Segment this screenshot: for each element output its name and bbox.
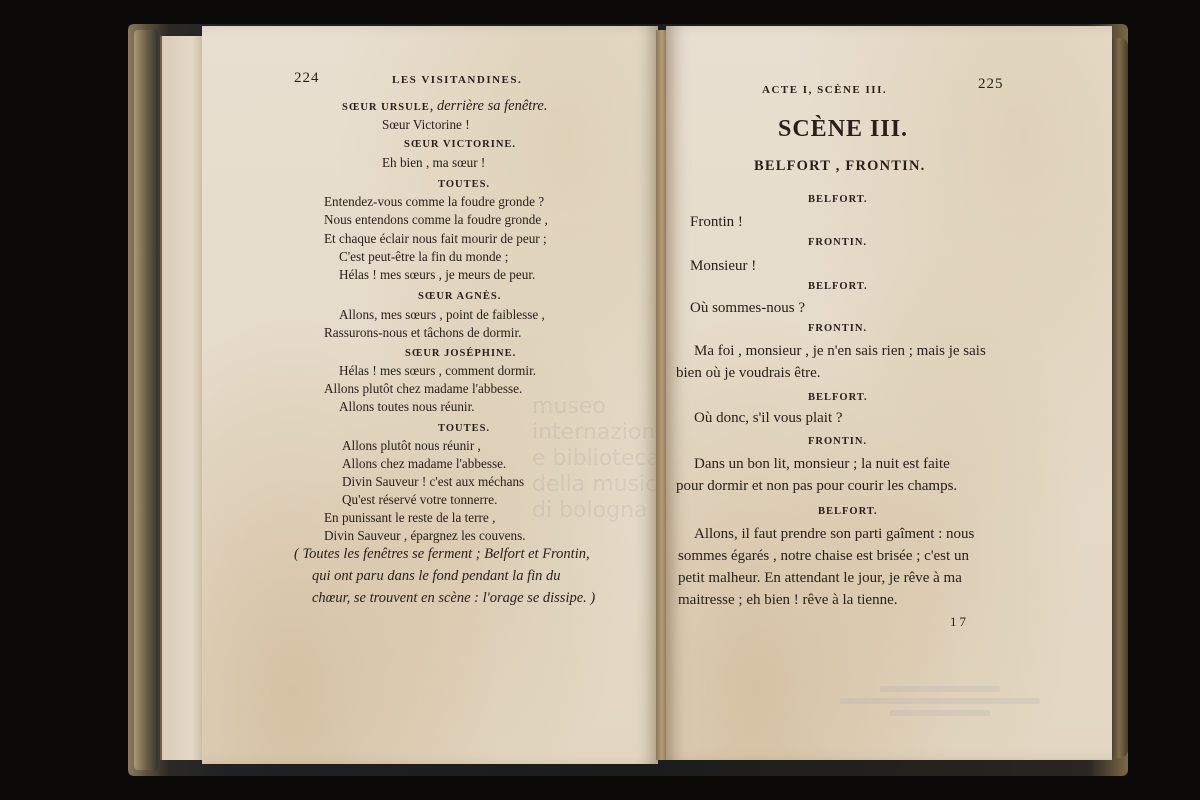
speaker-label: BELFORT.	[808, 194, 868, 205]
signature-mark: 17	[950, 614, 969, 630]
stage-direction-line: chœur, se trouvent en scène : l'orage se…	[312, 590, 595, 607]
dialogue-line: Monsieur !	[690, 258, 756, 275]
verse-line: Rassurons-nous et tâchons de dormir.	[324, 325, 521, 341]
stage-direction-line: ( Toutes les fenêtres se ferment ; Belfo…	[294, 546, 590, 563]
verse-line: Sœur Victorine !	[382, 117, 470, 133]
speaker-label: TOUTES.	[438, 423, 490, 434]
speaker-label: SŒUR VICTORINE.	[404, 139, 516, 150]
verse-line: Eh bien , ma sœur !	[382, 155, 485, 171]
verse-line: Nous entendons comme la foudre gronde ,	[324, 212, 548, 228]
verse-line: Hélas ! mes sœurs , comment dormir.	[339, 363, 536, 379]
verse-line: En punissant le reste de la terre ,	[324, 510, 495, 526]
right-page: ACTE I, SCÈNE III. 225 SCÈNE III. BELFOR…	[666, 26, 1112, 760]
dialogue-line: Où donc, s'il vous plait ?	[694, 410, 843, 427]
cast-list: BELFORT , FRONTIN.	[754, 158, 926, 175]
speaker-label: FRONTIN.	[808, 323, 867, 334]
page-number: 225	[978, 76, 1004, 93]
running-head: LES VISITANDINES.	[392, 74, 522, 86]
speaker-label: TOUTES.	[438, 179, 490, 190]
dialogue-line: Allons, il faut prendre son parti gaîmen…	[694, 526, 974, 543]
verse-line: Allons, mes sœurs , point de faiblesse ,	[339, 307, 545, 323]
speaker-label: BELFORT.	[818, 506, 878, 517]
verse-line: Allons plutôt chez madame l'abbesse.	[324, 381, 522, 397]
verse-line: Entendez-vous comme la foudre gronde ?	[324, 194, 544, 210]
verse-line: Allons plutôt nous réunir ,	[342, 438, 481, 454]
scene-title: SCÈNE III.	[778, 116, 908, 143]
page-number: 224	[294, 70, 320, 87]
speaker-label: FRONTIN.	[808, 237, 867, 248]
speaker-label: SŒUR JOSÉPHINE.	[405, 348, 516, 359]
dialogue-line: petit malheur. En attendant le jour, je …	[678, 570, 962, 587]
dialogue-line: Frontin !	[690, 214, 743, 231]
cover-left-edge	[134, 30, 158, 770]
dialogue-line: sommes égarés , notre chaise est brisée …	[678, 548, 969, 565]
dialogue-line: Dans un bon lit, monsieur ; la nuit est …	[694, 456, 950, 473]
speaker-label: BELFORT.	[808, 392, 868, 403]
dialogue-line: Ma foi , monsieur , je n'en sais rien ; …	[694, 343, 986, 360]
speaker-label: SŒUR URSULE, derrière sa fenêtre.	[342, 98, 547, 115]
verse-line: Hélas ! mes sœurs , je meurs de peur.	[339, 267, 535, 283]
verse-line: Allons chez madame l'abbesse.	[342, 456, 506, 472]
dialogue-line: bien où je voudrais être.	[676, 365, 821, 382]
verse-line: Qu'est réservé votre tonnerre.	[342, 492, 497, 508]
left-page: 224 LES VISITANDINES. SŒUR URSULE, derri…	[202, 26, 658, 764]
cover-right-edge	[1110, 38, 1128, 758]
dialogue-line: maitresse ; eh bien ! rêve à la tienne.	[678, 592, 898, 609]
speaker-label: FRONTIN.	[808, 436, 867, 447]
running-head: ACTE I, SCÈNE III.	[762, 84, 887, 96]
verse-line: Divin Sauveur , épargnez les couvens.	[324, 528, 526, 544]
verse-line: C'est peut-être la fin du monde ;	[339, 249, 508, 265]
stage-direction-line: qui ont paru dans le fond pendant la fin…	[312, 568, 561, 585]
faded-stamp	[840, 680, 1040, 730]
dialogue-line: pour dormir et non pas pour courir les c…	[676, 478, 957, 495]
speaker-label: BELFORT.	[808, 281, 868, 292]
verse-line: Allons toutes nous réunir.	[339, 399, 475, 415]
verse-line: Et chaque éclair nous fait mourir de peu…	[324, 231, 547, 247]
speaker-label: SŒUR AGNÈS.	[418, 291, 501, 302]
dialogue-line: Où sommes-nous ?	[690, 300, 805, 317]
verse-line: Divin Sauveur ! c'est aux méchans	[342, 474, 524, 490]
